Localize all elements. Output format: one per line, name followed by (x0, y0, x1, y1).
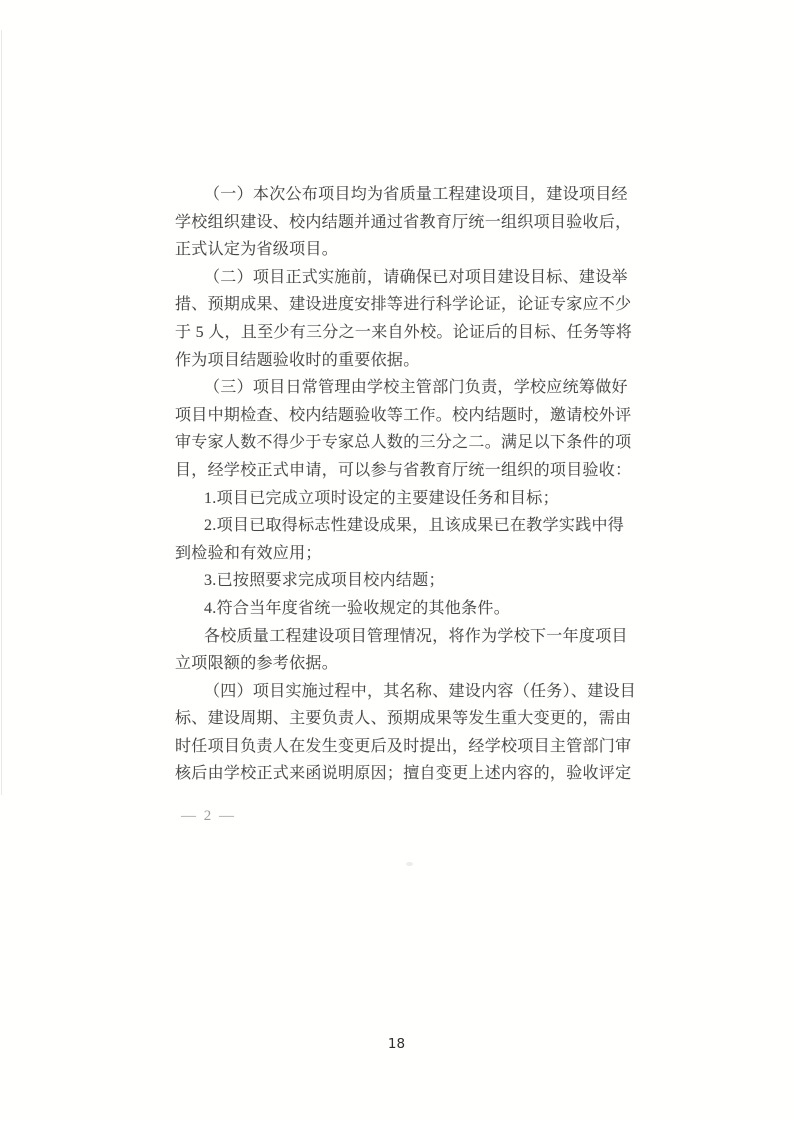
text-line: （四）项目实施过程中，其名称、建设内容（任务）、建设目 (175, 678, 633, 706)
text-line: 项目中期检查、校内结题验收等工作。校内结题时，邀请校外评 (175, 402, 633, 430)
sheet-page-number: 18 (0, 1036, 793, 1052)
text-line: 目，经学校正式申请，可以参与省教育厅统一组织的项目验收： (175, 457, 633, 485)
list-item-line: 到检验和有效应用； (175, 540, 633, 568)
text-line: 立项限额的参考依据。 (175, 650, 633, 678)
text-line: 时任项目负责人在发生变更后及时提出，经学校项目主管部门审 (175, 733, 633, 761)
list-item-line: 2.项目已取得标志性建设成果，且该成果已在教学实践中得 (175, 512, 633, 540)
text-line: 于 5 人，且至少有三分之一来自外校。论证后的目标、任务等将 (175, 319, 633, 347)
text-line: （二）项目正式实施前，请确保已对项目建设目标、建设举 (175, 264, 633, 292)
text-line: （三）项目日常管理由学校主管部门负责，学校应统筹做好 (175, 374, 633, 402)
text-line: 各校质量工程建设项目管理情况，将作为学校下一年度项目 (175, 623, 633, 651)
text-line: 学校组织建设、校内结题并通过省教育厅统一组织项目验收后， (175, 209, 633, 237)
scan-artifact (406, 862, 413, 866)
document-page-number: — 2 — (181, 808, 236, 825)
text-line: 作为项目结题验收时的重要依据。 (175, 347, 633, 375)
text-line: 标、建设周期、主要负责人、预期成果等发生重大变更的，需由 (175, 705, 633, 733)
list-item-line: 4.符合当年度省统一验收规定的其他条件。 (175, 595, 633, 623)
text-line: 措、预期成果、建设进度安排等进行科学论证，论证专家应不少 (175, 291, 633, 319)
scan-edge-line (1, 30, 2, 795)
document-page: （一）本次公布项目均为省质量工程建设项目，建设项目经 学校组织建设、校内结题并通… (0, 0, 793, 1122)
text-line: 审专家人数不得少于专家总人数的三分之二。满足以下条件的项 (175, 429, 633, 457)
text-line: 正式认定为省级项目。 (175, 236, 633, 264)
document-body: （一）本次公布项目均为省质量工程建设项目，建设项目经 学校组织建设、校内结题并通… (175, 181, 633, 788)
text-line: 核后由学校正式来函说明原因；擅自变更上述内容的，验收评定 (175, 760, 633, 788)
list-item-line: 3.已按照要求完成项目校内结题； (175, 567, 633, 595)
text-line: （一）本次公布项目均为省质量工程建设项目，建设项目经 (175, 181, 633, 209)
list-item-line: 1.项目已完成立项时设定的主要建设任务和目标； (175, 485, 633, 513)
